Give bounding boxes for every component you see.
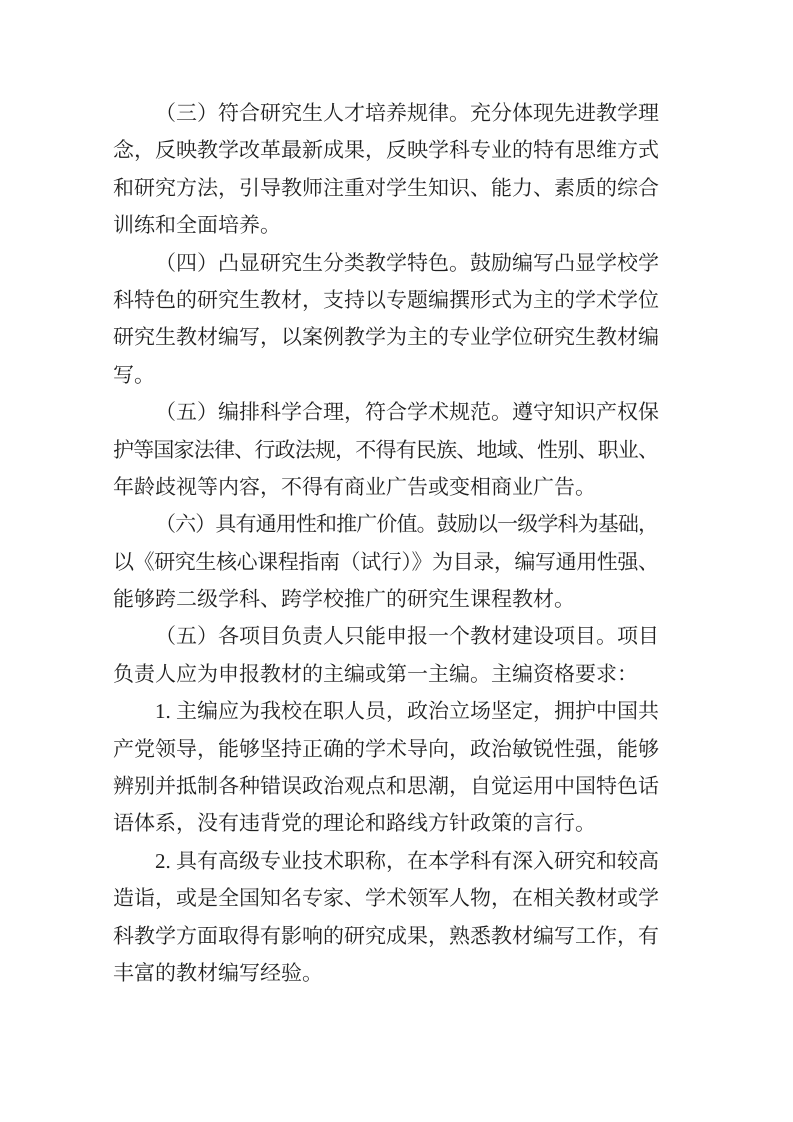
text-line: 以《研究生核心课程指南（试行）》为目录，编写通用性强、 xyxy=(113,544,659,581)
text-line-content: （三）符合研究生人才培养规律。充分体现先进教学理 xyxy=(155,95,659,132)
text-line-content: 训练和全面培养。 xyxy=(113,207,281,244)
text-line-content: 1. 主编应为我校在职人员，政治立场坚定，拥护中国共 xyxy=(155,693,659,730)
text-line: 科教学方面取得有影响的研究成果，熟悉教材编写工作，有 xyxy=(113,918,659,955)
text-line-content: 丰富的教材编写经验。 xyxy=(113,955,323,992)
text-line-content: （四）凸显研究生分类教学特色。鼓励编写凸显学校学 xyxy=(155,245,659,282)
text-line: 1. 主编应为我校在职人员，政治立场坚定，拥护中国共 xyxy=(113,693,659,730)
paragraph: （四）凸显研究生分类教学特色。鼓励编写凸显学校学科特色的研究生教材，支持以专题编… xyxy=(113,245,659,395)
text-line-content: 造诣，或是全国知名专家、学术领军人物，在相关教材或学 xyxy=(113,880,659,917)
paragraph: （五）各项目负责人只能申报一个教材建设项目。项目负责人应为申报教材的主编或第一主… xyxy=(113,618,659,693)
text-line: （四）凸显研究生分类教学特色。鼓励编写凸显学校学 xyxy=(113,245,659,282)
text-line: 年龄歧视等内容，不得有商业广告或变相商业广告。 xyxy=(113,469,659,506)
text-line: 能够跨二级学科、跨学校推广的研究生课程教材。 xyxy=(113,581,659,618)
paragraph: （六）具有通用性和推广价值。鼓励以一级学科为基础，以《研究生核心课程指南（试行）… xyxy=(113,506,659,618)
text-line-content: 念，反映教学改革最新成果，反映学科专业的特有思维方式 xyxy=(113,132,659,169)
text-line-content: 科教学方面取得有影响的研究成果，熟悉教材编写工作，有 xyxy=(113,918,659,955)
text-line: 辨别并抵制各种错误政治观点和思潮，自觉运用中国特色话 xyxy=(113,768,659,805)
text-line: 负责人应为申报教材的主编或第一主编。主编资格要求： xyxy=(113,656,659,693)
paragraph: （五）编排科学合理，符合学术规范。遵守知识产权保护等国家法律、行政法规，不得有民… xyxy=(113,394,659,506)
text-line: （五）编排科学合理，符合学术规范。遵守知识产权保 xyxy=(113,394,659,431)
text-line-content: 写。 xyxy=(113,357,155,394)
text-line: 护等国家法律、行政法规，不得有民族、地域、性别、职业、 xyxy=(113,432,659,469)
document-body: （三）符合研究生人才培养规律。充分体现先进教学理念，反映教学改革最新成果，反映学… xyxy=(113,95,659,992)
text-line: 丰富的教材编写经验。 xyxy=(113,955,659,992)
text-line: 产党领导，能够坚持正确的学术导向，政治敏锐性强，能够 xyxy=(113,731,659,768)
paragraph: 2. 具有高级专业技术职称，在本学科有深入研究和较高造诣，或是全国知名专家、学术… xyxy=(113,843,659,993)
text-line: 科特色的研究生教材，支持以专题编撰形式为主的学术学位 xyxy=(113,282,659,319)
text-line-content: 负责人应为申报教材的主编或第一主编。主编资格要求： xyxy=(113,656,638,693)
text-line: （五）各项目负责人只能申报一个教材建设项目。项目 xyxy=(113,618,659,655)
text-line-content: 护等国家法律、行政法规，不得有民族、地域、性别、职业、 xyxy=(113,432,658,469)
text-line-content: 和研究方法，引导教师注重对学生知识、能力、素质的综合 xyxy=(113,170,659,207)
paragraph: （三）符合研究生人才培养规律。充分体现先进教学理念，反映教学改革最新成果，反映学… xyxy=(113,95,659,245)
text-line: （三）符合研究生人才培养规律。充分体现先进教学理 xyxy=(113,95,659,132)
text-line: 语体系，没有违背党的理论和路线方针政策的言行。 xyxy=(113,805,659,842)
text-line-content: 辨别并抵制各种错误政治观点和思潮，自觉运用中国特色话 xyxy=(113,768,659,805)
text-line-content: （五）各项目负责人只能申报一个教材建设项目。项目 xyxy=(155,618,659,655)
text-line-content: 科特色的研究生教材，支持以专题编撰形式为主的学术学位 xyxy=(113,282,659,319)
text-line-content: 语体系，没有违背党的理论和路线方针政策的言行。 xyxy=(113,805,596,842)
text-line: （六）具有通用性和推广价值。鼓励以一级学科为基础， xyxy=(113,506,659,543)
text-line: 训练和全面培养。 xyxy=(113,207,659,244)
text-line-content: 能够跨二级学科、跨学校推广的研究生课程教材。 xyxy=(113,581,575,618)
text-line: 写。 xyxy=(113,357,659,394)
text-line-content: 以《研究生核心课程指南（试行）》为目录，编写通用性强、 xyxy=(113,544,659,581)
text-line-content: 产党领导，能够坚持正确的学术导向，政治敏锐性强，能够 xyxy=(113,731,659,768)
text-line-content: 2. 具有高级专业技术职称，在本学科有深入研究和较高 xyxy=(155,843,659,880)
text-line-content: 研究生教材编写，以案例教学为主的专业学位研究生教材编 xyxy=(113,319,659,356)
page: （三）符合研究生人才培养规律。充分体现先进教学理念，反映教学改革最新成果，反映学… xyxy=(0,0,793,1122)
paragraph: 1. 主编应为我校在职人员，政治立场坚定，拥护中国共产党领导，能够坚持正确的学术… xyxy=(113,693,659,843)
text-line: 造诣，或是全国知名专家、学术领军人物，在相关教材或学 xyxy=(113,880,659,917)
text-line: 2. 具有高级专业技术职称，在本学科有深入研究和较高 xyxy=(113,843,659,880)
text-line: 念，反映教学改革最新成果，反映学科专业的特有思维方式 xyxy=(113,132,659,169)
text-line-content: 年龄歧视等内容，不得有商业广告或变相商业广告。 xyxy=(113,469,596,506)
text-line-content: （六）具有通用性和推广价值。鼓励以一级学科为基础， xyxy=(155,506,658,543)
text-line: 研究生教材编写，以案例教学为主的专业学位研究生教材编 xyxy=(113,319,659,356)
text-line-content: （五）编排科学合理，符合学术规范。遵守知识产权保 xyxy=(155,394,659,431)
text-line: 和研究方法，引导教师注重对学生知识、能力、素质的综合 xyxy=(113,170,659,207)
